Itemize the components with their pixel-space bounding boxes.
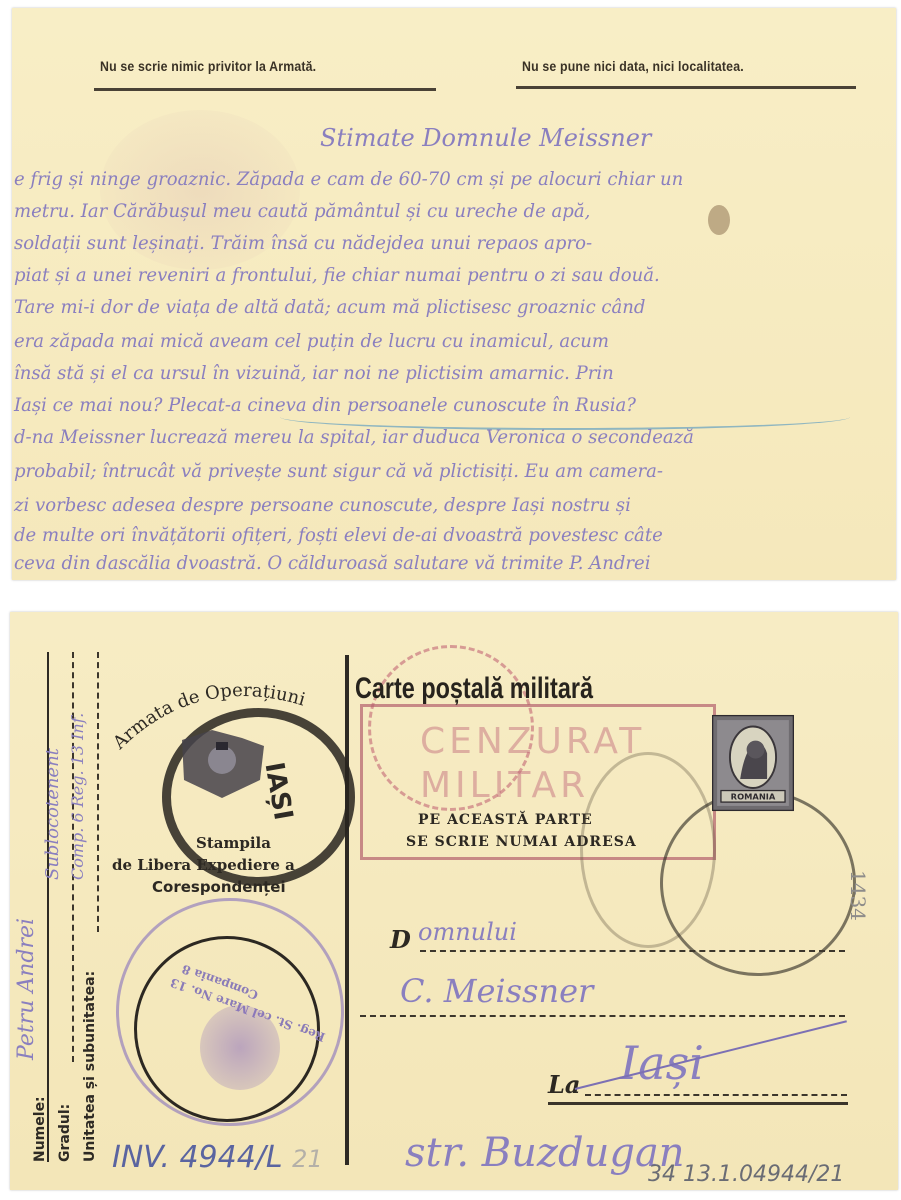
violet-crest-icon [200,1005,280,1090]
address-line-3-double [548,1102,848,1105]
stamp-caption-3: Corespondenței [152,878,286,896]
sender-unit-value: Comp. 6 Reg. 13 Inf. [68,713,87,880]
stamp-caption-1: Stampila [196,834,271,852]
ink-stain [708,205,730,235]
coat-of-arms-icon [172,720,272,800]
sender-name-value: Petru Andrei [14,918,39,1060]
letter-line: d-na Meissner lucrează mereu la spital, … [14,426,694,448]
letter-line: soldații sunt leșinați. Trăim însă cu nă… [14,232,592,254]
inventory-left-code: INV. 4944/L [112,1140,283,1175]
inventory-left: INV. 4944/L 21 [112,1140,323,1175]
letter-line: de multe ori învățătorii ofițeri, foști … [14,524,663,546]
address-name: C. Meissner [400,972,593,1010]
letter-line: e frig și ninge groaznic. Zăpada e cam d… [14,168,683,190]
header-right: Nu se pune nici data, nici localitatea. [522,58,744,74]
address-instruction-1: PE ACEASTĂ PARTE [418,812,593,828]
sender-rank-value: Sublocotenent [42,748,63,880]
letter-line: era zăpada mai mică aveam cel puțin de l… [14,330,609,352]
sender-name-label: Numele: [32,1096,48,1162]
inventory-left-suffix: 21 [292,1145,323,1173]
postage-stamp: ROMANIA [712,688,794,838]
sender-rule-right [97,652,99,932]
sender-unit-label: Unitatea și subunitatea: [82,971,98,1162]
stamp-caption-2: de Libera Expediere a [112,856,295,874]
letter-greeting: Stimate Domnule Meissner [320,124,651,152]
svg-text:ROMANIA: ROMANIA [731,792,776,802]
address-label-d: D [390,925,411,954]
address-street: str. Buzdugan [405,1130,685,1176]
sender-rule-left [47,652,49,1162]
letter-line: probabil; întrucât vă privește sunt sigu… [14,460,663,482]
letter-line: însă stă și el ca ursul în vizuină, iar … [14,362,614,384]
letter-line: zi vorbesc adesea despre persoane cunosc… [14,494,631,516]
letter-line: metru. Iar Cărăbușul meu caută pământul … [14,200,590,222]
address-label-la: La [548,1070,580,1099]
card-title: Carte poștală militară [355,672,593,706]
address-salutation: omnului [418,918,517,946]
sender-rank-label: Gradul: [57,1104,73,1162]
header-right-rule [516,86,856,89]
letter-line: ceva din dascălia dvoastră. O călduroasă… [14,552,650,574]
address-line-2 [360,1015,845,1017]
letter-line: piat și a unei reveniri a frontului, fie… [14,264,660,286]
side-number: 1434 [846,870,870,921]
address-line-1 [420,950,845,952]
header-left-rule [94,88,436,91]
inventory-right: 34 13.1.04944/21 [648,1162,844,1187]
letter-line: Tare mi-i dor de viața de altă dată; acu… [14,296,645,318]
address-line-3 [585,1094,847,1096]
header-left: Nu se scrie nimic privitor la Armată. [100,58,316,74]
address-city: Iași [620,1036,704,1090]
